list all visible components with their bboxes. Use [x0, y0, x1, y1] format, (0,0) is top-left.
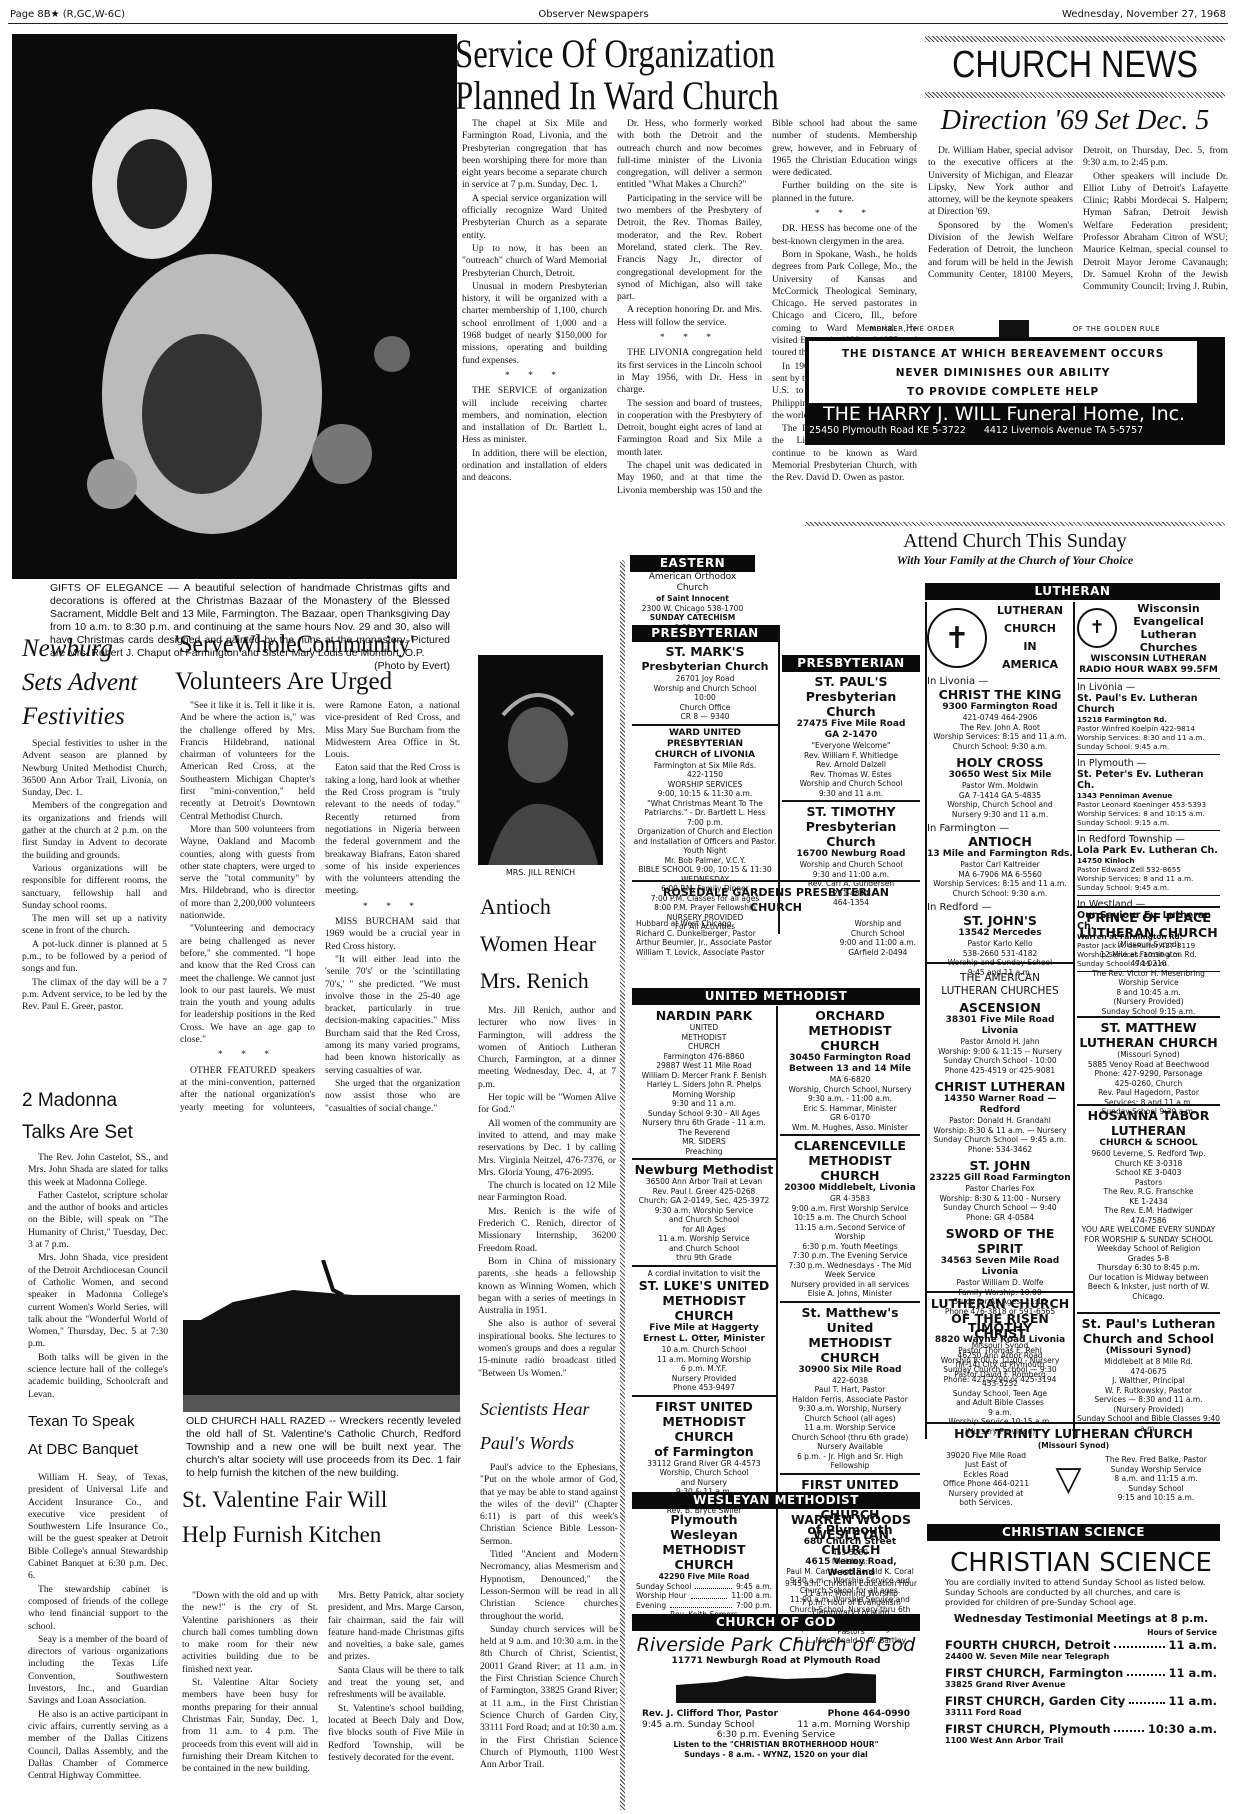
listing-line: and Nursery — [632, 1478, 776, 1488]
headline: Service Of Organization — [455, 34, 836, 74]
christian-science-church: FOURTH CHURCH, Detroit11 a.m.24400 W. Se… — [945, 1638, 1217, 1662]
listing-line: 9 a.m. — [927, 1408, 1073, 1418]
listing-line: A cordial invitation to visit the — [632, 1269, 776, 1279]
listing-line: Between 13 and 14 Mile — [780, 1064, 920, 1075]
listing-line: Rev. Paul I. Greer 425-0268 — [632, 1187, 776, 1197]
paragraph: "See it like it is. Tell it like it is. … — [180, 700, 315, 823]
listing-title: Lutheran — [1117, 628, 1220, 641]
listing-line: 9600 Leverne, S. Redford Twp. — [1077, 1149, 1220, 1159]
paragraph: Father Castelot, scripture scholar and t… — [28, 1190, 168, 1251]
paragraph: The stewardship cabinet is composed of f… — [28, 1584, 168, 1633]
listing-line: 30900 Six Mile Road — [780, 1365, 920, 1376]
listing-line: CLARENCEVILLE — [780, 1138, 920, 1153]
church-name: ANTIOCH — [927, 834, 1073, 849]
listing-line: Newburg Methodist — [632, 1162, 776, 1177]
paragraph: St. Valentine Altar Society members have… — [182, 1677, 318, 1775]
listing-line: 27475 Five Mile Road — [782, 719, 920, 730]
rosedale-listing: ROSEDALE GARDENS PRESBYTERIAN CHURCH Hub… — [632, 880, 920, 960]
church-name: ST. JOHN — [927, 1158, 1073, 1173]
listing-line: 425-0260, Church — [1077, 1079, 1220, 1089]
listing-title: AMERICA — [987, 656, 1073, 674]
church-entry: ASCENSION38301 Five Mile Road LivoniaPas… — [927, 998, 1073, 1077]
listing-line: Youth Night — [632, 846, 778, 856]
listing-line: 11 a.m. Worship Service — [780, 1423, 920, 1433]
madonna-headline: 2 Madonna Talks Are Set — [22, 1085, 182, 1149]
listing-line: Hubbard at West Chicago — [636, 919, 772, 929]
paragraph: DR. HESS has become one of the best-know… — [772, 223, 917, 248]
listing-line: METHODIST CHURCH — [780, 1335, 920, 1365]
church-entry: ST. JOHN23225 Gill Road FarmingtonPastor… — [927, 1156, 1073, 1224]
listing-line: MR. SIDERS — [632, 1137, 776, 1147]
listing-line: 8 a.m. and 11:15 a.m. — [1096, 1474, 1216, 1484]
listing-line: BIBLE SCHOOL 9:00, 10:15 & 11:30 — [632, 865, 778, 875]
church-entry: CHRIST LUTHERAN14350 Warner Road — Redfo… — [927, 1077, 1073, 1156]
paragraph: Her topic will be "Women Alive for God." — [478, 1092, 616, 1117]
wesleyan-methodist-bar: WESLEYAN METHODIST — [632, 1492, 920, 1509]
listing-line: of Farmington — [632, 1444, 776, 1459]
listing-line: Office Phone 464-0211 — [931, 1479, 1041, 1489]
listing-line: Haldon Ferris, Associate Pastor — [780, 1395, 920, 1405]
listing-line: 7:30 p.m. The Evening Service — [780, 1251, 920, 1261]
wels-seal-icon: ✝ — [1077, 608, 1117, 648]
listing-title: LUTHERAN CHURCHES — [927, 985, 1073, 998]
listing-line: (Nursery Provided) — [1077, 1405, 1220, 1415]
publisher-name: Observer Newspapers — [538, 9, 648, 20]
listing-line: 11:15 a.m. Second Service of Worship — [780, 1223, 920, 1242]
listing-line: Richard C. Dunkelberger, Pastor — [636, 929, 772, 939]
paragraph: Mrs. Betty Patrick, altar society presid… — [328, 1590, 464, 1664]
listing-line: The Rev. Victor H. Mesenbring — [1077, 969, 1220, 979]
golden-rule-emblem-icon — [999, 320, 1029, 338]
listing-line: METHODIST CHURCH — [632, 1414, 776, 1444]
schedule-row: Sunday School9:45 a.m. — [636, 1582, 772, 1592]
paragraph: Santa Claus will be there to talk and tr… — [328, 1665, 464, 1702]
listing-line: WARD UNITED PRESBYTERIAN — [632, 728, 778, 750]
listing-line: Worship and Church School — [782, 860, 920, 870]
paragraph: "It will either lead into the 'senile 70… — [325, 954, 460, 1077]
listing-line: (M-14) City of Plymouth — [927, 1360, 1073, 1370]
paragraph: Dr. Hess, who formerly worked with both … — [617, 118, 762, 192]
listing-line: (Missouri Synod) — [1077, 940, 1220, 950]
listing-line: 5885 Venoy Road at Beechwood — [1077, 1060, 1220, 1070]
church-building-icon — [676, 1673, 876, 1703]
page-number: Page 8B★ (R,GC,W-6C) — [10, 9, 125, 20]
listing-line: Middlebelt at 8 Mile Rd. — [1077, 1357, 1220, 1367]
listing-line: Phone 453-9497 — [632, 1383, 776, 1393]
listing-line: St. Matthew's United — [780, 1305, 920, 1335]
listing-line: ST. MATTHEW — [1077, 1020, 1220, 1035]
listing-line: 9:30 a.m. Worship Service — [632, 1206, 776, 1216]
paragraph: Special festivities to usher in the Adve… — [22, 738, 167, 799]
listing-line: Sunday School 9:15 a.m. — [1077, 1007, 1220, 1017]
listing-line: NARDIN PARK — [632, 1008, 776, 1023]
listing-line: WESLEYAN CHURCH — [782, 1527, 920, 1557]
paragraph: In addition, there will be election, ord… — [462, 448, 607, 485]
hatch-divider — [925, 92, 1225, 98]
listing-line: 7 p.m. Hour of Evangelism — [782, 1598, 920, 1608]
paragraph: All women of the community are invited t… — [478, 1118, 616, 1179]
presbyterian-right-column: PRESBYTERIAN ST. PAUL'SPresbyterian Chur… — [782, 655, 920, 910]
listing-line: ORCHARD — [780, 1008, 920, 1023]
demolition-image — [183, 1260, 460, 1412]
listing-line: Nursery provided at — [931, 1489, 1041, 1499]
paragraph: The Rev. John Castelot, SS., and Mrs. Jo… — [28, 1152, 168, 1189]
funeral-home-name: THE HARRY J. WILL Funeral Home, Inc. — [809, 403, 1197, 425]
listing-line: The Rev. E.M. Hadwiger — [1077, 1206, 1220, 1216]
paragraph: She urged that the organization now assi… — [325, 1078, 460, 1115]
listing-line: and Church School — [632, 1244, 776, 1254]
listing-line: 6:30 p.m. Youth Meetings — [780, 1242, 920, 1252]
church-entry: In Livonia —St. Paul's Ev. Lutheran Chur… — [1077, 679, 1220, 755]
listing-line: LUTHERAN CHURCH — [927, 1296, 1073, 1311]
listing-line: WORSHIP SERVICES — [632, 780, 778, 790]
christian-science-bar: CHRISTIAN SCIENCE — [927, 1524, 1220, 1541]
listing-line: 33112 Grand River GR 4-4573 — [632, 1459, 776, 1469]
listing-line: 6 p.m. - Jr. High and Sr. High Fellowshi… — [780, 1452, 920, 1471]
listing-line: Services — 8:30 and 11 a.m. — [1077, 1395, 1220, 1405]
clarenceville-listing: CLARENCEVILLEMETHODISTCHURCH20300 Middle… — [780, 1136, 920, 1303]
scientists-headline: Scientists Hear Paul's Words — [480, 1392, 620, 1460]
paragraph: The men will set up a nativity scene in … — [22, 913, 167, 938]
paragraph: Participating in the service will be two… — [617, 193, 762, 304]
listing-line: Church School — [840, 929, 916, 939]
listing-line: Presbyterian Church — [782, 819, 920, 849]
listing-line: UNITED — [632, 1023, 776, 1033]
listing-line: Worship and Church School — [782, 779, 920, 789]
listing-line: Ernest L. Otter, Minister — [632, 1334, 776, 1345]
antioch-headline: Antioch Women Hear Mrs. Renich — [480, 888, 620, 999]
listing-line: 10:15 a.m. The Church School — [780, 1213, 920, 1223]
listing-line: thru 9th Grade — [632, 1253, 776, 1263]
listing-title: Evangelical — [1117, 615, 1220, 628]
listing-line: Sunday School — [1096, 1484, 1216, 1494]
listing-line: Nursery thru 6th Grade - 11 a.m. — [632, 1118, 776, 1128]
direction-69-headline: Direction '69 Set Dec. 5 — [920, 102, 1230, 140]
listing-line: GA 2-1470 — [782, 730, 920, 741]
gifts-photo — [12, 34, 457, 579]
paragraph: Eaton said that the Red Cross is taking … — [325, 762, 460, 897]
paragraph: St. Valentine's school building, located… — [328, 1703, 464, 1764]
listing-line: Organization of Church and Election and … — [632, 827, 778, 846]
hatch-divider — [805, 522, 1225, 526]
section-break: * * * — [462, 370, 607, 382]
listing-line: Eric S. Hammar, Minister — [780, 1104, 920, 1114]
listing-line: Harley L. Siders John R. Phelps — [632, 1080, 776, 1090]
listing-line: "What Christmas Meant To The Patriarchs.… — [632, 799, 778, 818]
paragraph: Dr. William Haber, special advisor to th… — [928, 145, 1073, 219]
listing-line: 29887 West 11 Mile Road — [632, 1061, 776, 1071]
newburg-methodist-listing: Newburg Methodist36500 Ann Arbor Trail a… — [632, 1160, 776, 1267]
paragraph: Further building on the site is planned … — [772, 180, 917, 205]
listing-line: Grades 5-8 — [1077, 1254, 1220, 1264]
valentine-headline: St. Valentine Fair Will Help Furnish Kit… — [182, 1488, 472, 1546]
listing-line: 8 and 10:45 a.m. — [1077, 988, 1220, 998]
listing-line: Church: GA 2-0149, Sec. 425-3972 — [632, 1196, 776, 1206]
listing-line: HOSANNA TABOR — [1077, 1108, 1220, 1123]
lutheran-bar: LUTHERAN — [925, 583, 1220, 600]
listing-line: Paul T. Hart, Pastor — [780, 1385, 920, 1395]
lutheran-cross-seal-icon: ✝ — [927, 608, 987, 668]
christian-science-church: FIRST CHURCH, Plymouth10:30 a.m.1100 Wes… — [945, 1722, 1217, 1746]
listing-line: W. F. Rutkowsky, Pastor — [1077, 1386, 1220, 1396]
listing-line: 9:45 a.m. Christian Education Hour — [782, 1579, 920, 1589]
listing-line: Sunday School 9:30 - All Ages — [632, 1109, 776, 1119]
listing-line: Weekday School of Religion — [1077, 1244, 1220, 1254]
paragraph: "Down with the old and up with the new!"… — [182, 1590, 318, 1676]
listing-line: Church KE 3-0318 — [1077, 1159, 1220, 1169]
listing-line: 6 p.m. M.Y.F. — [632, 1364, 776, 1374]
listing-line: Nursery Provided — [632, 1374, 776, 1384]
church-entry: In Farmington —ANTIOCH13 Mile and Farmin… — [927, 821, 1073, 900]
church-name: CHRIST LUTHERAN — [927, 1079, 1073, 1094]
listing-line: 9:00 a.m. First Worship Service — [780, 1204, 920, 1214]
listing-line: Rev. Arnold Dalzell — [782, 760, 920, 770]
listing-line: MA 6-6820 — [780, 1075, 920, 1085]
paragraph: Seay is a member of the board of directo… — [28, 1634, 168, 1708]
plymouth-wesleyan-listing: Plymouth Wesleyan METHODIST CHURCH 42290… — [632, 1510, 778, 1631]
listing-line: Sunday Worship Service — [1096, 1465, 1216, 1475]
portrait-image — [478, 655, 603, 865]
listing-line: 474-7586 — [1077, 1216, 1220, 1226]
listing-line: 4615 Venoy Road, Westland — [782, 1557, 920, 1579]
st-lukes-listing: A cordial invitation to visit theST. LUK… — [632, 1267, 776, 1397]
listing-line: Our location is Midway between Beech & I… — [1077, 1273, 1220, 1302]
paragraph: The chapel at Six Mile and Farmington Ro… — [462, 118, 607, 192]
paragraph: THE SERVICE of organization will include… — [462, 385, 607, 446]
section-break: * * * — [772, 208, 917, 220]
united-methodist-bar: UNITED METHODIST — [632, 988, 920, 1005]
newburg-headline: Newburg Sets Advent Festivities — [22, 632, 182, 734]
funeral-home-ad: MEMBER, THE ORDER OF THE GOLDEN RULE THE… — [805, 320, 1225, 432]
listing-line: LUTHERAN CHURCH — [1077, 1035, 1220, 1050]
listing-line: Wm. M. Hughes, Asso. Minister — [780, 1123, 920, 1133]
listing-line: GR 4-3583 — [780, 1194, 920, 1204]
direction-69-body: Dr. William Haber, special advisor to th… — [928, 145, 1228, 303]
church-hall-photo-caption: OLD CHURCH HALL RAZED -- Wreckers recent… — [186, 1415, 461, 1480]
headline: Planned In Ward Church — [455, 76, 836, 116]
listing-line: and Church School — [632, 1215, 776, 1225]
paragraph: A reception honoring Dr. and Mrs. Hess w… — [617, 304, 762, 329]
church-name: ST. JOHN'S — [927, 913, 1073, 928]
listing-line: ST. TIMOTHY — [782, 804, 920, 819]
listing-line: 36500 Ann Arbor Trail at Levan — [632, 1177, 776, 1187]
paragraph: Both talks will be given in the science … — [28, 1352, 168, 1401]
listing-line: Five Mile at Haggerty — [632, 1323, 776, 1334]
paragraph: Unusual in modern Presbyterian history, … — [462, 281, 607, 367]
christian-science-church: FIRST CHURCH, Farmington11 a.m.33825 Gra… — [945, 1666, 1217, 1690]
paragraph: Sunday church services will be held at 9… — [480, 1624, 618, 1772]
listing-line: CHURCH of LIVONIA — [632, 750, 778, 761]
ward-story: Service Of Organization Planned In Ward … — [455, 34, 920, 116]
section-break: * * * — [617, 332, 762, 344]
listing-line: FIRST UNITED — [632, 1399, 776, 1414]
listing-line: 453-5252 — [927, 1379, 1073, 1389]
christian-science-listing: CHRISTIAN SCIENCE You are cordially invi… — [945, 1548, 1217, 1750]
listing-line: Morning Worship — [632, 1090, 776, 1100]
listing-line: METHODIST CHURCH — [780, 1023, 920, 1053]
listing-line: for All Ages — [632, 1225, 776, 1235]
listing-line: Church School (all ages) — [780, 1414, 920, 1424]
listing-line: METHODIST CHURCH — [632, 1293, 776, 1323]
section-break: * * * — [180, 1049, 315, 1061]
listing-line: 11 a.m. Morning Worship — [632, 1355, 776, 1365]
paragraph: A special service organization will offi… — [462, 193, 607, 242]
schedule-row: Worship Hour11:00 a.m. — [636, 1591, 772, 1601]
listing-line: Sunday School, Teen Age — [927, 1389, 1073, 1399]
listing-line: Missouri Synod — [927, 1341, 1073, 1351]
listing-line: YOU ARE WELCOME EVERY SUNDAY FOR WORSHIP… — [1077, 1225, 1220, 1244]
paragraph: William H. Seay, of Texas, president of … — [28, 1472, 168, 1583]
listing-line: GR 6-0170 — [780, 1113, 920, 1123]
masthead: Page 8B★ (R,GC,W-6C) Observer Newspapers… — [8, 6, 1228, 24]
listing-line: both Services. — [931, 1498, 1041, 1508]
listing-line: Farmington at Six Mile Rds. — [632, 761, 778, 771]
holy-trinity-listing: HOLY TRINITY LUTHERAN CHURCH (Missouri S… — [927, 1422, 1220, 1510]
listing-line: Church and School — [1077, 1331, 1220, 1346]
listing-line: 422-6038 — [780, 1376, 920, 1386]
listing-line: St. Paul's Lutheran — [1077, 1316, 1220, 1331]
renich-photo-caption: MRS. JILL RENICH — [478, 868, 603, 877]
listing-line: KE 1-2434 — [1077, 1197, 1220, 1207]
renich-photo — [478, 655, 603, 865]
listing-line: Worship, Church School — [632, 1468, 776, 1478]
volunteers-body: "See it like it is. Tell it like it is. … — [180, 700, 460, 1150]
hatch-border — [620, 560, 625, 1810]
listing-line: Eckles Road — [931, 1470, 1041, 1480]
listing-line: Preaching — [632, 1147, 776, 1157]
hosanna-tabor-listing: HOSANNA TABORLUTHERANCHURCH & SCHOOL9600… — [1077, 1104, 1220, 1303]
christian-science-church: FIRST CHURCH, Garden City11 a.m.33111 Fo… — [945, 1694, 1217, 1718]
listing-title: THE AMERICAN — [927, 972, 1073, 985]
st-marks-listing: ST. MARK'S Presbyterian Church 26701 Joy… — [632, 642, 778, 726]
church-name: HOLY CROSS — [927, 755, 1073, 770]
church-hall-photo — [183, 1260, 460, 1412]
madonna-body: The Rev. John Castelot, SS., and Mrs. Jo… — [28, 1152, 168, 1402]
attend-church-header: Attend Church This Sunday With Your Fami… — [805, 530, 1225, 568]
antioch-body: Mrs. Jill Renich, author and lecturer wh… — [478, 1005, 616, 1381]
listing-line: PRINCE OF PEACE — [1077, 910, 1220, 925]
paragraph: MISS BURCHAM said that 1969 would be a c… — [325, 916, 460, 953]
paragraph: The climax of the day will be a 7 p.m. A… — [22, 977, 167, 1014]
st-pauls-presbyterian-listing: ST. PAUL'SPresbyterian Church27475 Five … — [782, 672, 920, 802]
listing-line: CHURCH & SCHOOL — [1077, 1138, 1220, 1149]
riverside-park-listing: Riverside Park Church of God 11771 Newbu… — [632, 1634, 920, 1759]
st-pauls-lutheran-listing: St. Paul's LutheranChurch and School(Mis… — [1077, 1312, 1220, 1435]
listing-line: CHURCH — [780, 1168, 920, 1183]
paragraph: Mrs. Jill Renich, author and lecturer wh… — [478, 1005, 616, 1091]
listing-line: 20300 Middlebelt, Livonia — [780, 1183, 920, 1194]
listing-line: 474-0210 — [1077, 959, 1220, 969]
nuns-with-gifts-image — [12, 34, 457, 579]
listing-line: WARREN WOODS — [782, 1512, 920, 1527]
listing-line: OF THE RISEN CHRIST — [927, 1311, 1073, 1341]
listing-line: LUTHERAN — [1077, 1123, 1220, 1138]
listing-line: Elsie A. Johns, Minister — [780, 1289, 920, 1299]
listing-line: Worship Service — [1077, 978, 1220, 988]
paragraph: The session and board of trustees, in co… — [617, 398, 762, 459]
paragraph: Titled "Ancient and Modern Necromancy, a… — [480, 1549, 618, 1623]
listing-line: LUTHERAN CHURCH — [1077, 925, 1220, 940]
paragraph: Paul's advice to the Ephesians, "Put on … — [480, 1462, 618, 1548]
listing-line: Rev. Paul Hagedorn, Pastor — [1077, 1088, 1220, 1098]
listing-line: William T. Lovick, Associate Pastor — [636, 948, 772, 958]
listing-line: ST. LUKE'S UNITED — [632, 1278, 776, 1293]
listing-line: J. Walther, Principal — [1077, 1376, 1220, 1386]
listing-line: The Rev. Fred Balke, Pastor — [1096, 1455, 1216, 1465]
church-entry: In Livonia —CHRIST THE KING9300 Farmingt… — [927, 674, 1073, 753]
section-break: * * * — [325, 901, 460, 913]
prince-of-peace-listing: PRINCE OF PEACELUTHERAN CHURCH(Missouri … — [1077, 906, 1220, 1018]
listing-line: Just East of — [931, 1460, 1041, 1470]
listing-line: GArfield 2-0494 — [840, 948, 916, 958]
listing-line: (Nursery Provided) — [1077, 997, 1220, 1007]
paragraph: More than 500 volunteers from Wayne, Oak… — [180, 824, 315, 922]
listing-line: Phone: 427-9290, Parsonage — [1077, 1069, 1220, 1079]
church-name: CHRIST THE KING — [927, 687, 1073, 702]
listing-line: 7:00 p.m. — [632, 818, 778, 828]
listing-line: Worship and — [840, 919, 916, 929]
church-news-banner: CHURCH NEWS — [925, 44, 1225, 87]
paragraph: THE LIVONIA congregation held its first … — [617, 347, 762, 396]
church-entry: In Plymouth —St. Peter's Ev. Lutheran Ch… — [1077, 755, 1220, 831]
scientists-body: Paul's advice to the Ephesians, "Put on … — [480, 1462, 618, 1772]
listing-line: 9:30 and 11 a.m. — [782, 789, 920, 799]
paragraph: She also is author of several inspiratio… — [478, 1318, 616, 1379]
trinity-triangle-icon: ▽ — [1055, 1461, 1081, 1497]
listing-title: IN — [987, 638, 1073, 656]
hatch-divider — [925, 36, 1225, 42]
listing-line: 11 a.m. Worship Service — [632, 1234, 776, 1244]
paragraph: The church is located on 12 Mile near Fa… — [478, 1180, 616, 1205]
listing-title: LUTHERAN — [987, 602, 1073, 620]
listing-line: Farmington 476-8860 — [632, 1052, 776, 1062]
texan-body: William H. Seay, of Texas, president of … — [28, 1472, 168, 1783]
listing-line: 10 a.m. Church School — [632, 1345, 776, 1355]
paragraph: Up to now, it has been an "outreach" chu… — [462, 243, 607, 280]
listing-line: and Adult Bible Classes — [927, 1398, 1073, 1408]
issue-date: Wednesday, November 27, 1968 — [1062, 9, 1226, 20]
church-name: SWORD OF THE SPIRIT — [927, 1226, 1073, 1256]
listing-line: Nursery provided in all services — [780, 1280, 920, 1290]
listing-line: 422-1150 — [632, 770, 778, 780]
listing-line: 11 a.m. Morning Worship — [782, 1589, 920, 1599]
church-entry: HOLY CROSS30650 West Six MilePastor Wm. … — [927, 753, 1073, 821]
listing-line: Rev. William F. Whitledge — [782, 751, 920, 761]
valentine-body: "Down with the old and up with the new!"… — [182, 1590, 464, 1790]
listing-line: 46250 Ann Arbor Road — [927, 1351, 1073, 1361]
listing-line: ST. PAUL'S — [782, 674, 920, 689]
paragraph: Born in China of missionary parents, she… — [478, 1256, 616, 1317]
listing-line: (Missouri Synod) — [1077, 1050, 1220, 1060]
listing-line: METHODIST — [780, 1153, 920, 1168]
listing-line: Mr. Bob Palmer, V.C.Y. — [632, 856, 778, 866]
paragraph: A pot-luck dinner is planned at 5 p.m., … — [22, 939, 167, 976]
um-left-column: NARDIN PARKUNITEDMETHODISTCHURCHFarmingt… — [632, 1006, 778, 1518]
listing-title: Wisconsin — [1117, 602, 1220, 615]
listing-line: 7:30 p.m. Wednesdays - The Mid Week Serv… — [780, 1261, 920, 1280]
paragraph: Mrs. John Shada, vice president of the D… — [28, 1252, 168, 1350]
listing-line: 9:00 and 11:00 a.m. — [840, 938, 916, 948]
paragraph: Mrs. Renich is the wife of Frederich C. … — [478, 1206, 616, 1255]
volunteers-headline: 'ServeWholeCommunity' Volunteers Are Urg… — [175, 632, 465, 694]
listing-line: CHURCH — [632, 1042, 776, 1052]
listing-line: Thursday 6:30 to 8:45 p.m. — [1077, 1263, 1220, 1273]
orchard-listing: ORCHARDMETHODIST CHURCH30450 Farmington … — [780, 1006, 920, 1136]
listing-line: 39020 Five Mile Road — [931, 1451, 1041, 1461]
listing-line: 12 Mile at Farmington Rd. — [1077, 950, 1220, 960]
listing-title: Churches — [1117, 641, 1220, 654]
listing-line: 474-0675 — [1077, 1367, 1220, 1377]
